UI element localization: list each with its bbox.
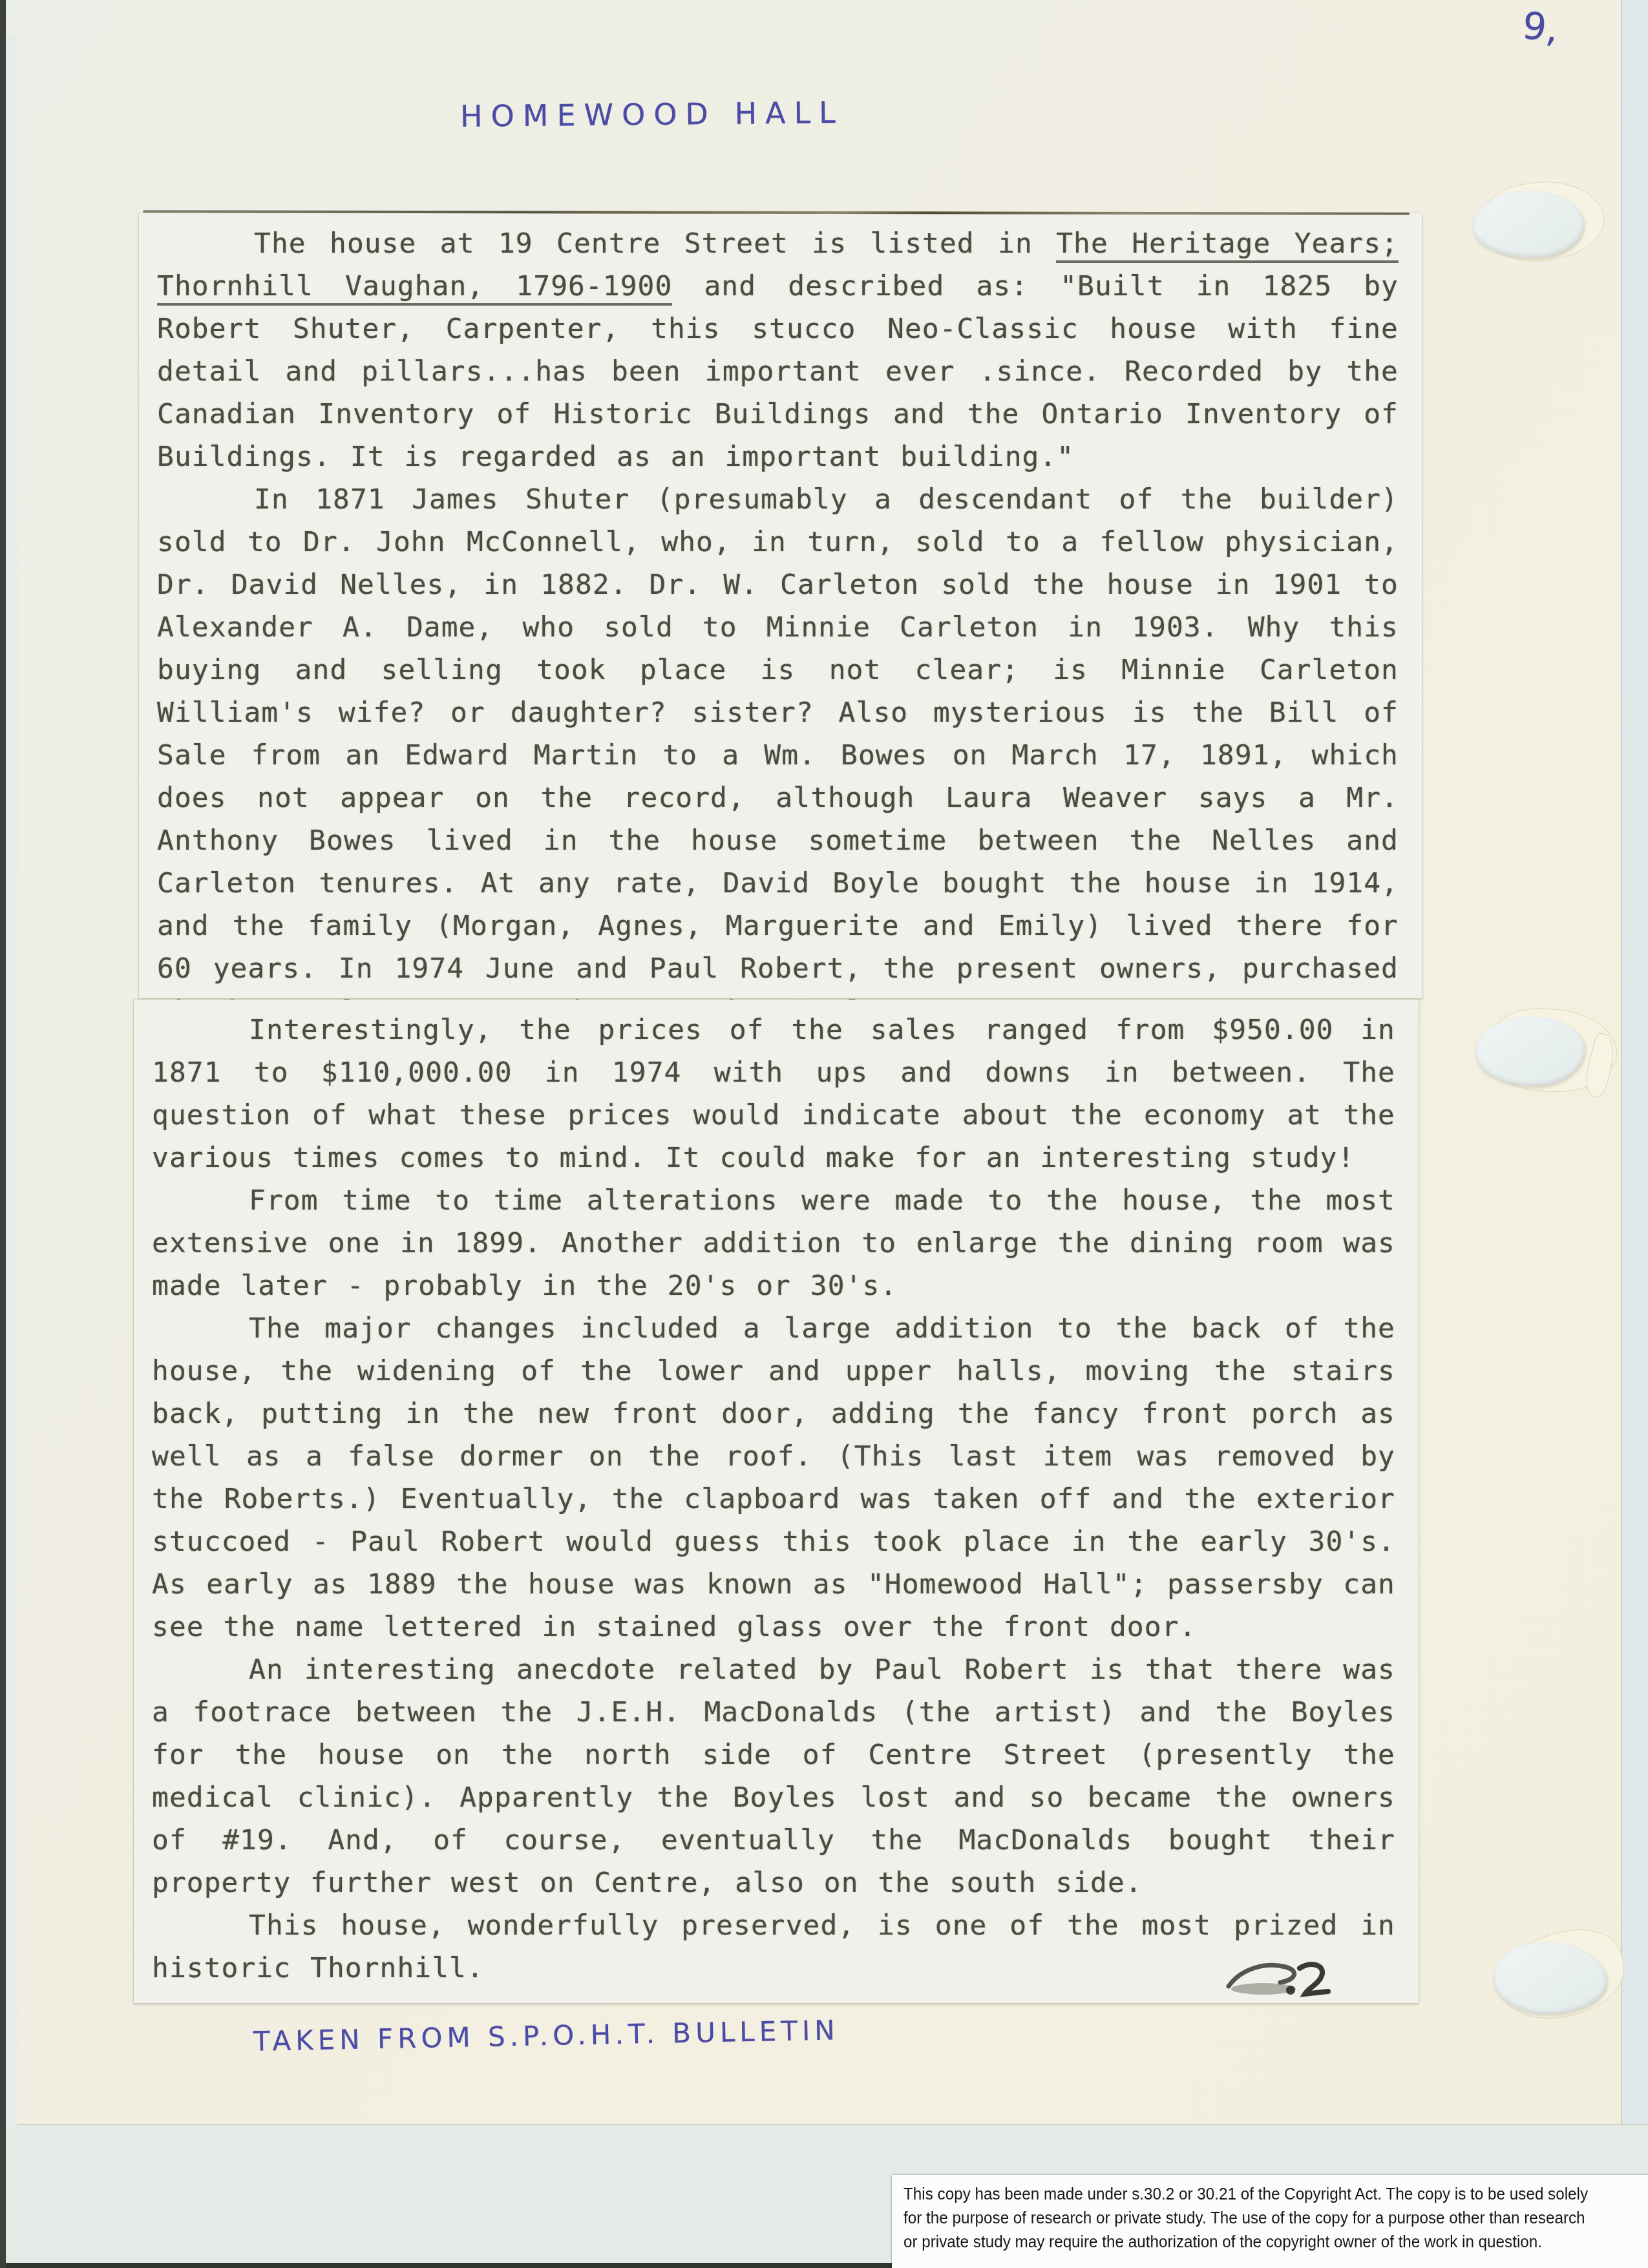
handwritten-page-number: 9, xyxy=(1520,3,1561,51)
stamp-line: This copy has been made under s.30.2 or … xyxy=(903,2183,1638,2207)
typed-paragraph: An interesting anecdote related by Paul … xyxy=(152,1648,1395,1904)
scan-left-page-edge xyxy=(6,36,17,2129)
handwritten-title: HOMEWOOD HALL xyxy=(460,95,844,134)
typed-paragraph: In 1871 James Shuter (presumably a desce… xyxy=(157,478,1399,1033)
stamp-line: for the purpose of research or private s… xyxy=(903,2207,1638,2231)
typed-paragraph: The major changes included a large addit… xyxy=(152,1307,1395,1648)
typed-text: An interesting anecdote related by Paul … xyxy=(152,1654,1395,1899)
typed-paragraph: From time to time alterations were made … xyxy=(152,1179,1395,1307)
typed-text: From time to time alterations were made … xyxy=(152,1184,1395,1302)
typed-text: This house, wonderfully preserved, is on… xyxy=(152,1909,1395,1984)
scan-right-edge xyxy=(1621,0,1648,2132)
typed-paragraph: The house at 19 Centre Street is listed … xyxy=(157,222,1399,478)
typed-text-block-1: The house at 19 Centre Street is listed … xyxy=(139,213,1422,1033)
photocopy-strip-2: Interestingly, the prices of the sales r… xyxy=(134,1000,1419,2003)
scan-left-edge xyxy=(0,0,6,2268)
typed-paragraph: Interestingly, the prices of the sales r… xyxy=(152,1009,1395,1179)
glue-blob-core xyxy=(1475,1016,1585,1086)
typed-text: The major changes included a large addit… xyxy=(152,1312,1395,1643)
typed-text: The house at 19 Centre Street is listed … xyxy=(254,227,1056,260)
typed-text: In 1871 James Shuter (presumably a desce… xyxy=(157,483,1399,1027)
typed-text: Interestingly, the prices of the sales r… xyxy=(152,1014,1395,1174)
ink-smudge xyxy=(1223,1957,1340,2004)
stamp-line: or private study may require the authori… xyxy=(903,2231,1638,2254)
typed-paragraph: This house, wonderfully preserved, is on… xyxy=(152,1904,1395,1990)
typed-text-block-2: Interestingly, the prices of the sales r… xyxy=(134,1000,1419,1990)
glue-blob-core xyxy=(1472,191,1583,258)
copyright-stamp: This copy has been made under s.30.2 or … xyxy=(892,2175,1648,2268)
photocopy-strip-1: The house at 19 Centre Street is listed … xyxy=(139,213,1422,998)
